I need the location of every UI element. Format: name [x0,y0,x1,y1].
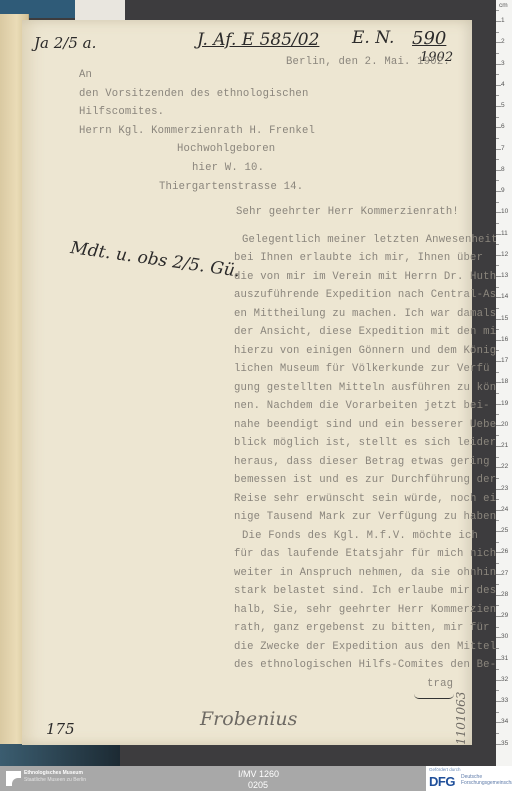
ruler-label: 7 [501,145,505,152]
address-line: Herrn Kgl. Kommerzienrath H. Frenkel [79,125,315,137]
address-line: Thiergartenstrasse 14. [159,181,303,193]
funder-caption: Gefördert durch [429,767,461,772]
ruler-tick [496,669,499,670]
funder-name-line-2: Forschungsgemeinschaft [461,780,512,786]
salutation: Sehr geehrter Herr Kommerzienrath! [236,206,459,218]
body-line: nahe beendigt sind und ein besserer Uebe… [234,419,509,431]
ruler-tick [496,223,499,224]
address-line: den Vorsitzenden des ethnologischen [79,88,309,100]
ruler-unit: cm [499,2,508,9]
ruler-tick [496,372,499,373]
body-line: nen. Nachdem die Vorarbeiten jetzt bei- [234,400,490,412]
ruler-label: 24 [501,506,508,513]
dfg-funder-box: Gefördert durch DFG Deutsche Forschungsg… [426,766,512,791]
body-line: halb, Sie, sehr geehrter Herr Kommerzien… [234,604,503,616]
catchword-underline [414,694,454,699]
ruler-label: 20 [501,421,508,428]
ruler-label: 28 [501,591,508,598]
dateline: Berlin, den 2. Mai. 1902. [286,56,450,68]
body-line: Reise sehr erwünscht sein würde, noch ei… [234,493,503,505]
letter-page: Ja 2/5 a. J. Af. E 585/02 E. N. 590 1902… [22,20,472,745]
ruler-tick [496,138,499,139]
ruler-label: 26 [501,548,508,555]
body-line: stark belastet sind. Ich erlaube mir des… [234,585,503,597]
ruler-label: 25 [501,527,508,534]
handwritten-page-number: 175 [46,720,75,738]
body-line: auszuführende Expedition nach Central-As… [234,289,509,301]
ruler-label: 9 [501,187,505,194]
ruler-tick [496,32,499,33]
address-line: Hilfscomites. [79,106,164,118]
cm-ruler: cm 1234567891011121314151617181920212223… [496,0,512,766]
ruler-label: 8 [501,166,505,173]
shelfmark: I/MV 1260 [238,769,279,779]
ruler-tick [496,584,499,585]
ruler-label: 33 [501,697,508,704]
ruler-label: 3 [501,60,505,67]
handwritten-ref-top-left: Ja 2/5 a. [34,34,96,52]
ruler-tick [496,287,499,288]
ruler-tick [496,435,499,436]
ruler-tick [496,478,499,479]
ruler-label: 21 [501,442,508,449]
entry-number-label: E. N. [352,28,394,48]
entry-number: 590 [412,28,446,49]
body-line: Die Fonds des Kgl. M.f.V. möchte ich [242,530,478,542]
handwritten-margin-note: Mdt. u. obs 2/5. Gü. [69,238,241,282]
ruler-label: 31 [501,655,508,662]
institution-subtitle: Staatliche Museen zu Berlin [24,777,86,783]
ruler-label: 10 [501,208,508,215]
paper-edge-top [75,0,125,20]
dfg-logo-icon: DFG [429,774,455,789]
ruler-tick [496,648,499,649]
ruler-tick [496,627,499,628]
ruler-tick [496,95,499,96]
ruler-label: 4 [501,81,505,88]
ruler-tick [496,499,499,500]
body-line: heraus, dass dieser Betrag etwas gering [234,456,490,468]
ruler-tick [496,690,499,691]
ruler-label: 11 [501,230,508,237]
body-line: weiter in Anspruch nehmen, da sie ohnhin [234,567,496,579]
body-line: blick möglich ist, stellt es sich leider [234,437,496,449]
body-line: en Mittheilung zu machen. Ich war damals [234,308,496,320]
ruler-tick [496,265,499,266]
body-line: lichen Museum für Völkerkunde zur Verfü … [234,363,503,375]
ruler-label: 12 [501,251,508,258]
address-line: An [79,69,92,81]
ruler-label: 13 [501,272,508,279]
ruler-tick [496,329,499,330]
handwritten-signature: Frobenius [200,708,297,730]
ruler-tick [496,10,499,11]
ruler-label: 15 [501,315,508,322]
body-line: für das laufende Etatsjahr für mich nich… [234,548,503,560]
ruler-label: 29 [501,612,508,619]
ruler-tick [496,733,499,734]
body-line: hierzu von einigen Gönnern und dem König… [234,345,503,357]
body-line: die von mir im Verein mit Herrn Dr. Huth [234,271,496,283]
body-line: Gelegentlich meiner letzten Anwesenheit [242,234,498,246]
ruler-tick [496,350,499,351]
body-line: des ethnologischen Hilfs-Comites den Be- [234,659,496,671]
ruler-label: 6 [501,123,505,130]
ruler-label: 23 [501,485,508,492]
ruler-label: 34 [501,718,508,725]
ruler-tick [496,393,499,394]
ruler-label: 22 [501,463,508,470]
ruler-label: 35 [501,740,508,747]
body-line: nige Tausend Mark zur Verfügung zu haben… [234,511,503,523]
body-line: der Ansicht, diese Expedition mit den mi… [234,326,503,338]
museum-logo-notch [12,778,21,786]
body-line: bei Ihnen erlaubte ich mir, Ihnen über [234,252,483,264]
ruler-tick [496,457,499,458]
handwritten-vertical-number: 1101063 [454,692,468,745]
ruler-label: 1 [501,17,505,24]
ruler-tick [496,202,499,203]
ruler-tick [496,308,499,309]
ruler-tick [496,74,499,75]
ruler-tick [496,53,499,54]
ruler-label: 19 [501,400,508,407]
ruler-tick [496,180,499,181]
ruler-label: 2 [501,38,505,45]
ruler-label: 16 [501,336,508,343]
address-line: Hochwohlgeboren [177,143,275,155]
ruler-tick [496,605,499,606]
body-line: bemessen ist und es zur Durchführung der [234,474,496,486]
ruler-label: 18 [501,378,508,385]
body-line: rath, ganz ergebenst zu bitten, mir für [234,622,490,634]
ruler-label: 5 [501,102,505,109]
image-number: 0205 [248,780,268,790]
ruler-tick [496,563,499,564]
ruler-label: 32 [501,676,508,683]
ruler-label: 30 [501,633,508,640]
institution-name: Ethnologisches Museum [24,770,83,776]
ruler-tick [496,414,499,415]
scanned-document-image: Ja 2/5 a. J. Af. E 585/02 E. N. 590 1902… [0,0,512,766]
ruler-tick [496,244,499,245]
ruler-label: 17 [501,357,508,364]
body-line: gung gestellten Mitteln ausführen zu kön… [234,382,503,394]
ruler-label: 27 [501,570,508,577]
body-line: die Zwecke der Expedition aus den Mittel… [234,641,503,653]
ruler-tick [496,159,499,160]
catchword: trag [427,678,453,690]
handwritten-journal-ref: J. Af. E 585/02 [197,30,319,50]
ruler-label: 14 [501,293,508,300]
ruler-tick [496,712,499,713]
ruler-tick [496,117,499,118]
ruler-tick [496,520,499,521]
ruler-tick [496,542,499,543]
address-line: hier W. 10. [192,162,264,174]
